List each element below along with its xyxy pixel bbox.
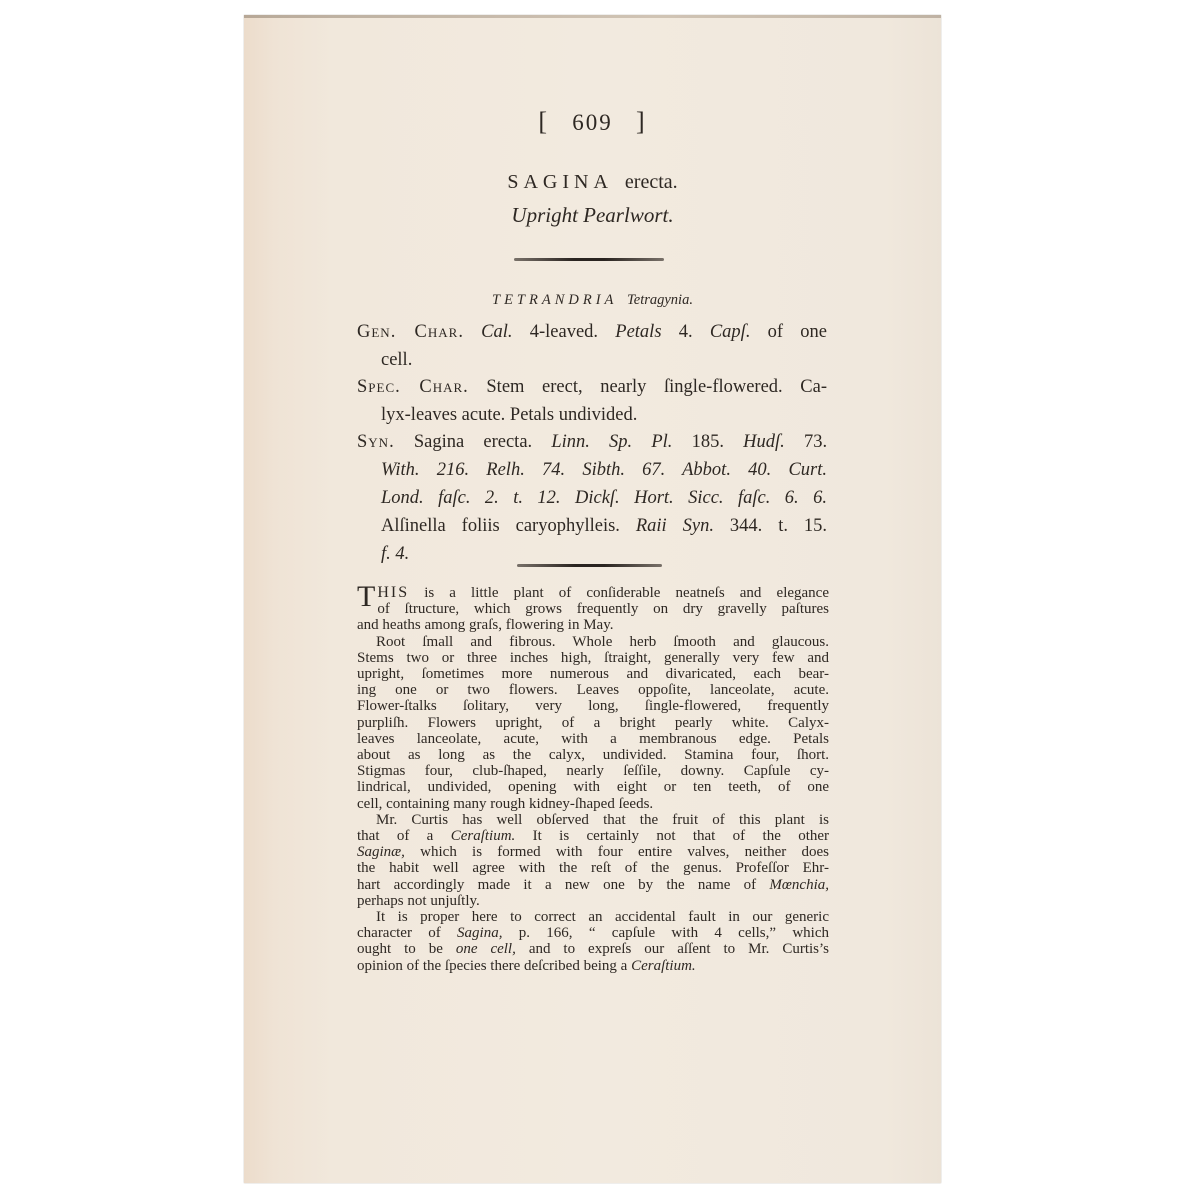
page-number-value: 609 — [572, 110, 613, 135]
text-segment: opinion of the ſpecies there deſcribed b… — [357, 958, 627, 974]
text-line: and heaths among graſs, flowering in May… — [357, 617, 829, 633]
italic-term: Mœnchia, — [769, 877, 829, 893]
text-segment: which is formed with four entire valves,… — [420, 844, 829, 860]
synonymy: Syn. Sagina erecta. Linn. Sp. Pl. 185. H… — [357, 428, 827, 568]
text-line: of ſtructure, which grows frequently on … — [357, 601, 829, 617]
text-line: leaves lanceolate, acute, with a membran… — [357, 731, 829, 747]
syn-citation: With. 216. Relh. 74. Sibth. 67. Abbot. 4… — [357, 456, 827, 484]
spec-char-text: Stem erect, nearly ſingle-flowered. Ca- — [486, 377, 827, 397]
italic-term: Saginæ, — [357, 844, 405, 860]
text-line: cell, containing many rough kidney-ſhape… — [357, 796, 829, 812]
text-line: It is proper here to correct an accident… — [357, 909, 829, 925]
text-line: purpliſh. Flowers upright, of a bright p… — [357, 715, 829, 731]
syn-citation: Hudſ. — [743, 432, 785, 452]
syn-citation: Raii Syn. — [636, 516, 714, 536]
species-title: SAGINAerecta. — [244, 171, 941, 194]
text-segment: of one — [768, 322, 827, 342]
text-line: upright, ſometimes more numerous and div… — [357, 666, 829, 682]
italic-term: one cell, — [456, 941, 516, 957]
italic-term: Sagina, — [457, 925, 502, 941]
class-name: TETRANDRIA — [492, 292, 617, 308]
linnaean-class: TETRANDRIA Tetragynia. — [244, 292, 941, 309]
text-line: Mr. Curtis has well obſerved that the fr… — [357, 812, 829, 828]
text-line: Stems two or three inches high, ſtraight… — [357, 650, 829, 666]
text-line: Root ſmall and fibrous. Whole herb ſmoot… — [357, 634, 829, 650]
text-segment: Cal. — [481, 322, 512, 342]
text-line: perhaps not unjuſtly. — [357, 893, 829, 909]
species-name: erecta. — [625, 171, 678, 193]
spec-char-text: lyx-leaves acute. Petals undivided. — [357, 401, 827, 429]
text-line: Flower-ſtalks ſolitary, very long, ſingl… — [357, 698, 829, 714]
text-segment: that of a — [357, 828, 433, 844]
generic-character: Gen. Char. Cal. 4-leaved. Petals 4. Capſ… — [357, 318, 827, 374]
italic-term: Ceraſtium. — [451, 828, 516, 844]
bracket-close: ] — [636, 107, 647, 136]
text-line: is a little plant of conſiderable neatne… — [424, 585, 829, 601]
specific-character: Spec. Char. Stem erect, nearly ſingle-fl… — [357, 373, 827, 429]
divider-rule — [517, 564, 662, 567]
syn-text: 344. t. 15. — [730, 516, 827, 536]
text-segment: p. 166, “ capſule with 4 cells,” which — [519, 925, 829, 941]
text-line: ing one or two flowers. Leaves oppoſite,… — [357, 682, 829, 698]
drop-cap: T — [357, 587, 375, 607]
syn-text: Sagina erecta. — [414, 432, 532, 452]
syn-text: 73. — [804, 432, 827, 452]
italic-term: Ceraſtium. — [631, 958, 696, 974]
text-segment: and to expreſs our aſſent to Mr. Curtis’… — [529, 941, 829, 957]
page-number: [ 609 ] — [244, 107, 941, 137]
text-segment: hart accordingly made it a new one by th… — [357, 877, 756, 893]
text-segment: 4-leaved. — [530, 322, 598, 342]
bracket-open: [ — [538, 107, 549, 136]
description-body: THIS is a little plant of conſiderable n… — [357, 585, 829, 974]
syn-citation: Linn. Sp. Pl. — [551, 432, 672, 452]
text-line: the habit well agree with the reſt of th… — [357, 860, 829, 876]
common-name: Upright Pearlwort. — [244, 203, 941, 228]
syn-citation: Lond. faſc. 2. t. 12. Dickſ. Hort. Sicc.… — [357, 484, 827, 512]
syn-text: Alſinella foliis caryophylleis. — [381, 516, 620, 536]
spec-char-label: Spec. Char. — [357, 377, 469, 397]
text-line: lindrical, undivided, opening with eight… — [357, 779, 829, 795]
syn-text: 185. — [692, 432, 724, 452]
syn-label: Syn. — [357, 432, 395, 452]
book-page: [ 609 ] SAGINAerecta. Upright Pearlwort.… — [244, 15, 941, 1183]
divider-rule — [514, 258, 664, 261]
small-caps-lead: HIS — [377, 584, 409, 601]
text-segment: Petals — [615, 322, 661, 342]
text-segment: ought to be — [357, 941, 443, 957]
text-segment: 4. — [679, 322, 693, 342]
text-segment: Capſ. — [710, 322, 751, 342]
text-line: about as long as the calyx, undivided. S… — [357, 747, 829, 763]
genus-name: SAGINA — [507, 171, 613, 193]
text-segment: It is certainly not that of the other — [533, 828, 829, 844]
order-name: Tetragynia. — [627, 292, 693, 308]
gen-char-cont: cell. — [357, 346, 827, 374]
text-line: Stigmas four, club-ſhaped, nearly ſeſſil… — [357, 763, 829, 779]
gen-char-label: Gen. Char. — [357, 322, 464, 342]
text-segment: character of — [357, 925, 441, 941]
